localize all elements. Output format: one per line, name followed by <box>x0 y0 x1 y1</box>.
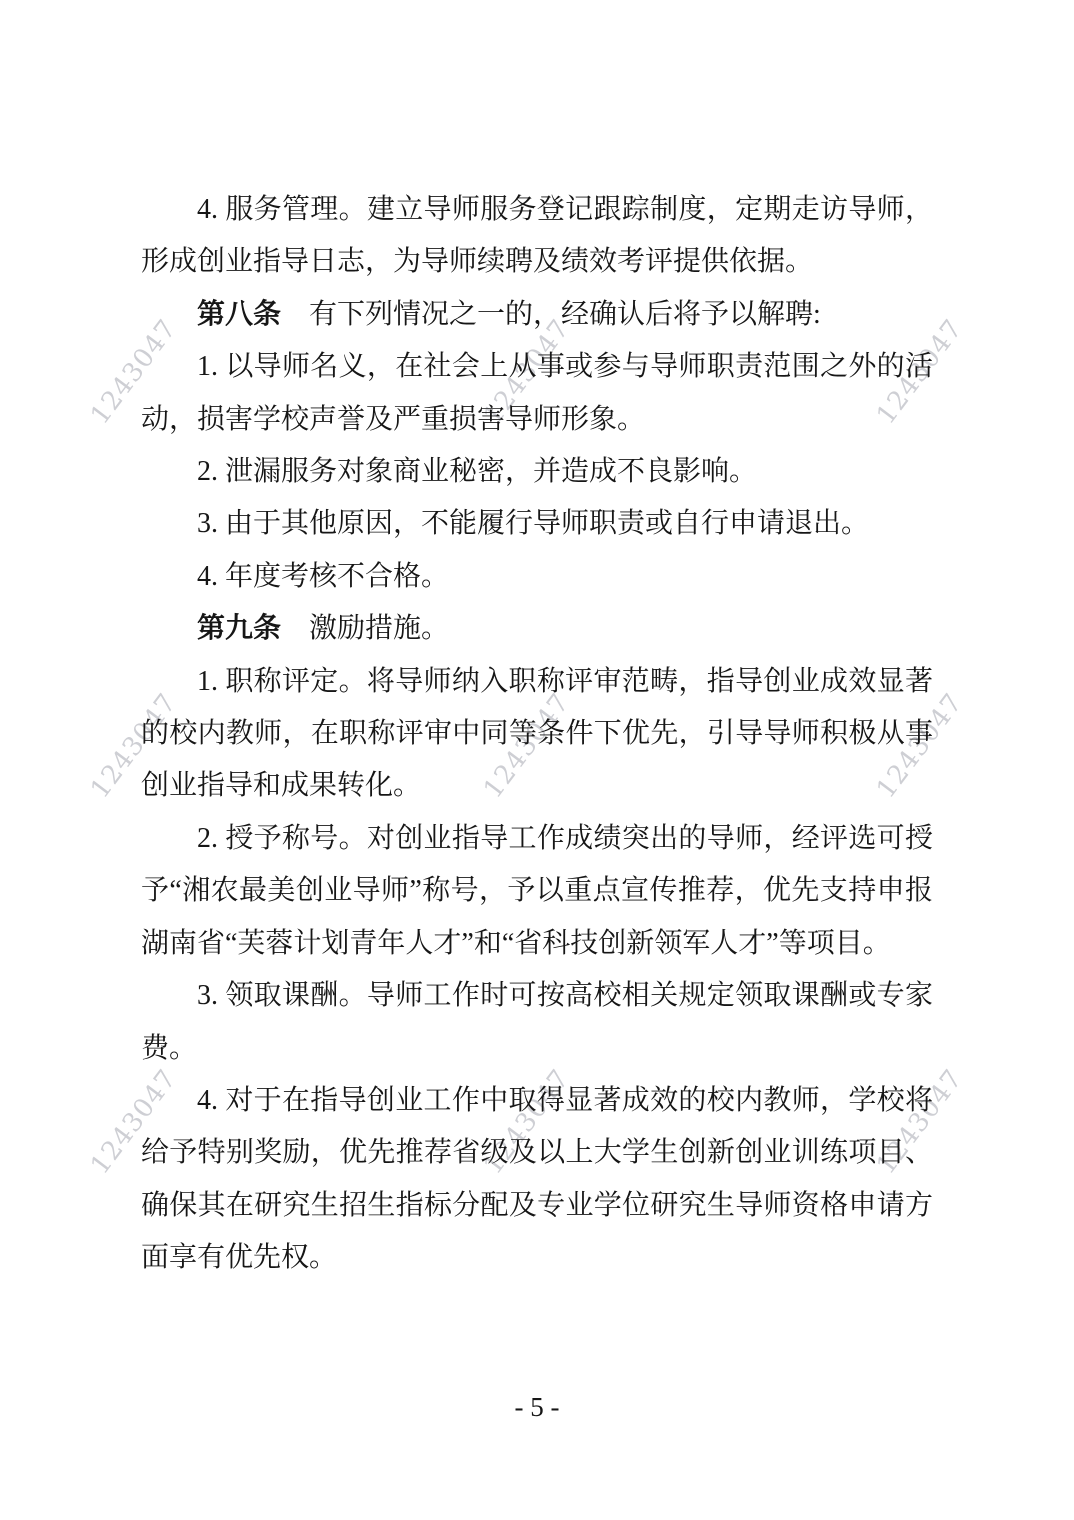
paragraph-text: 4. 服务管理。建立导师服务登记跟踪制度，定期走访导师，形成创业指导日志，为导师… <box>141 194 933 277</box>
paragraph-article-8: 第八条有下列情况之一的，经确认后将予以解聘: <box>141 289 933 341</box>
paragraph-dismissal-item-2: 2. 泄漏服务对象商业秘密，并造成不良影响。 <box>141 446 933 498</box>
paragraph-incentive-item-4: 4. 对于在指导创业工作中取得显著成效的校内教师，学校将给予特别奖励，优先推荐省… <box>141 1075 933 1285</box>
paragraph-article-9: 第九条激励措施。 <box>141 603 933 655</box>
document-body: 4. 服务管理。建立导师服务登记跟踪制度，定期走访导师，形成创业指导日志，为导师… <box>141 184 933 1285</box>
paragraph-text: 2. 授予称号。对创业指导工作成绩突出的导师，经评选可授予“湘农最美创业导师”称… <box>141 823 933 959</box>
paragraph-text: 1. 职称评定。将导师纳入职称评审范畴，指导创业成效显著的校内教师，在职称评审中… <box>141 666 933 802</box>
paragraph-incentive-item-1: 1. 职称评定。将导师纳入职称评审范畴，指导创业成效显著的校内教师，在职称评审中… <box>141 656 933 813</box>
paragraph-service-management: 4. 服务管理。建立导师服务登记跟踪制度，定期走访导师，形成创业指导日志，为导师… <box>141 184 933 289</box>
article-9-heading: 第九条 <box>197 613 281 644</box>
document-page: 1243047 1243047 1243047 1243047 1243047 … <box>0 0 1074 1520</box>
paragraph-text: 2. 泄漏服务对象商业秘密，并造成不良影响。 <box>197 456 757 487</box>
paragraph-dismissal-item-4: 4. 年度考核不合格。 <box>141 551 933 603</box>
paragraph-text: 激励措施。 <box>309 613 449 644</box>
paragraph-dismissal-item-3: 3. 由于其他原因，不能履行导师职责或自行申请退出。 <box>141 498 933 550</box>
paragraph-incentive-item-3: 3. 领取课酬。导师工作时可按高校相关规定领取课酬或专家费。 <box>141 970 933 1075</box>
paragraph-text: 4. 对于在指导创业工作中取得显著成效的校内教师，学校将给予特别奖励，优先推荐省… <box>141 1085 933 1273</box>
paragraph-text: 3. 领取课酬。导师工作时可按高校相关规定领取课酬或专家费。 <box>141 980 933 1063</box>
paragraph-text: 4. 年度考核不合格。 <box>197 561 449 592</box>
paragraph-text: 有下列情况之一的，经确认后将予以解聘: <box>309 299 821 330</box>
paragraph-text: 1. 以导师名义，在社会上从事或参与导师职责范围之外的活动，损害学校声誉及严重损… <box>141 351 933 434</box>
paragraph-text: 3. 由于其他原因，不能履行导师职责或自行申请退出。 <box>197 508 869 539</box>
page-number: - 5 - <box>0 1392 1074 1423</box>
article-8-heading: 第八条 <box>197 299 281 330</box>
paragraph-incentive-item-2: 2. 授予称号。对创业指导工作成绩突出的导师，经评选可授予“湘农最美创业导师”称… <box>141 813 933 970</box>
paragraph-dismissal-item-1: 1. 以导师名义，在社会上从事或参与导师职责范围之外的活动，损害学校声誉及严重损… <box>141 341 933 446</box>
